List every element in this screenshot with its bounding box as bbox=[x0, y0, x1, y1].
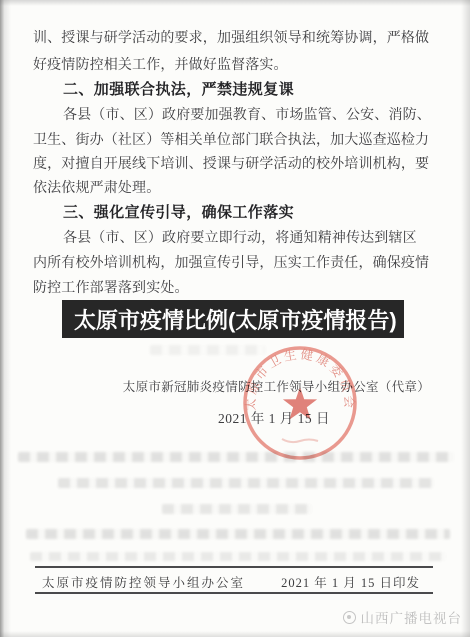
scan-edge-right bbox=[461, 0, 470, 637]
footer-rule-top bbox=[35, 566, 433, 568]
section-heading-2: 二、加强联合执法，严禁违规复课 bbox=[63, 82, 470, 98]
body-line: 好疫情防控相关工作，并做好监督落实。 bbox=[33, 58, 443, 74]
official-seal: 太原市卫生健康委员会 bbox=[236, 342, 364, 468]
body-line: 卫生、街办（社区）等相关单位部门联合执法，加大巡查巡检力 bbox=[33, 133, 443, 149]
headline-banner-text: 太原市疫情比例(太原市疫情报告) bbox=[62, 304, 397, 335]
footer-office: 太原市疫情防控领导小组办公室 bbox=[42, 573, 245, 591]
body-line: 各县（市、区）政府要立即行动，将通知精神传达到辖区 bbox=[63, 231, 470, 247]
bleedthrough-text bbox=[26, 529, 450, 539]
star-icon bbox=[283, 387, 317, 420]
shanxi-tv-logo-icon bbox=[343, 611, 356, 624]
station-watermark-text: 山西广播电视台 bbox=[361, 607, 463, 627]
scan-edge-bottom bbox=[0, 631, 470, 637]
body-line: 内所有校外培训机构，加强宣传引导，压实工作责任，确保疫情 bbox=[33, 256, 443, 272]
headline-banner: 太原市疫情比例(太原市疫情报告) bbox=[62, 300, 404, 338]
bleedthrough-text bbox=[30, 552, 446, 561]
body-line: 度，对擅自开展线下培训、授课与研学活动的校外培训机构，要 bbox=[33, 157, 443, 173]
body-line: 依法依规严肃处理。 bbox=[33, 181, 443, 197]
scan-edge-left bbox=[0, 0, 11, 637]
section-heading-3: 三、强化宣传引导，确保工作落实 bbox=[63, 205, 470, 221]
bleedthrough-text bbox=[162, 504, 312, 514]
bleedthrough-text bbox=[58, 478, 434, 488]
body-line: 防控工作部署落到实处。 bbox=[33, 281, 443, 297]
station-watermark: 山西广播电视台 bbox=[343, 607, 463, 627]
footer-imprint: 太原市疫情防控领导小组办公室 2021 年 1 月 15 日印发 bbox=[42, 573, 420, 591]
scan-edge-top bbox=[0, 0, 470, 6]
body-line: 训、授课与研学活动的要求，加强组织领导和统筹协调，严格做 bbox=[33, 31, 443, 47]
seal-bottom-mark bbox=[282, 439, 318, 442]
footer-rule-bottom bbox=[35, 592, 433, 594]
body-line: 各县（市、区）政府要加强教育、市场监管、公安、消防、 bbox=[63, 108, 470, 124]
footer-issue-date: 2021 年 1 月 15 日印发 bbox=[281, 573, 420, 591]
document-page: 训、授课与研学活动的要求，加强组织领导和统筹协调，严格做 好疫情防控相关工作，并… bbox=[0, 0, 470, 637]
